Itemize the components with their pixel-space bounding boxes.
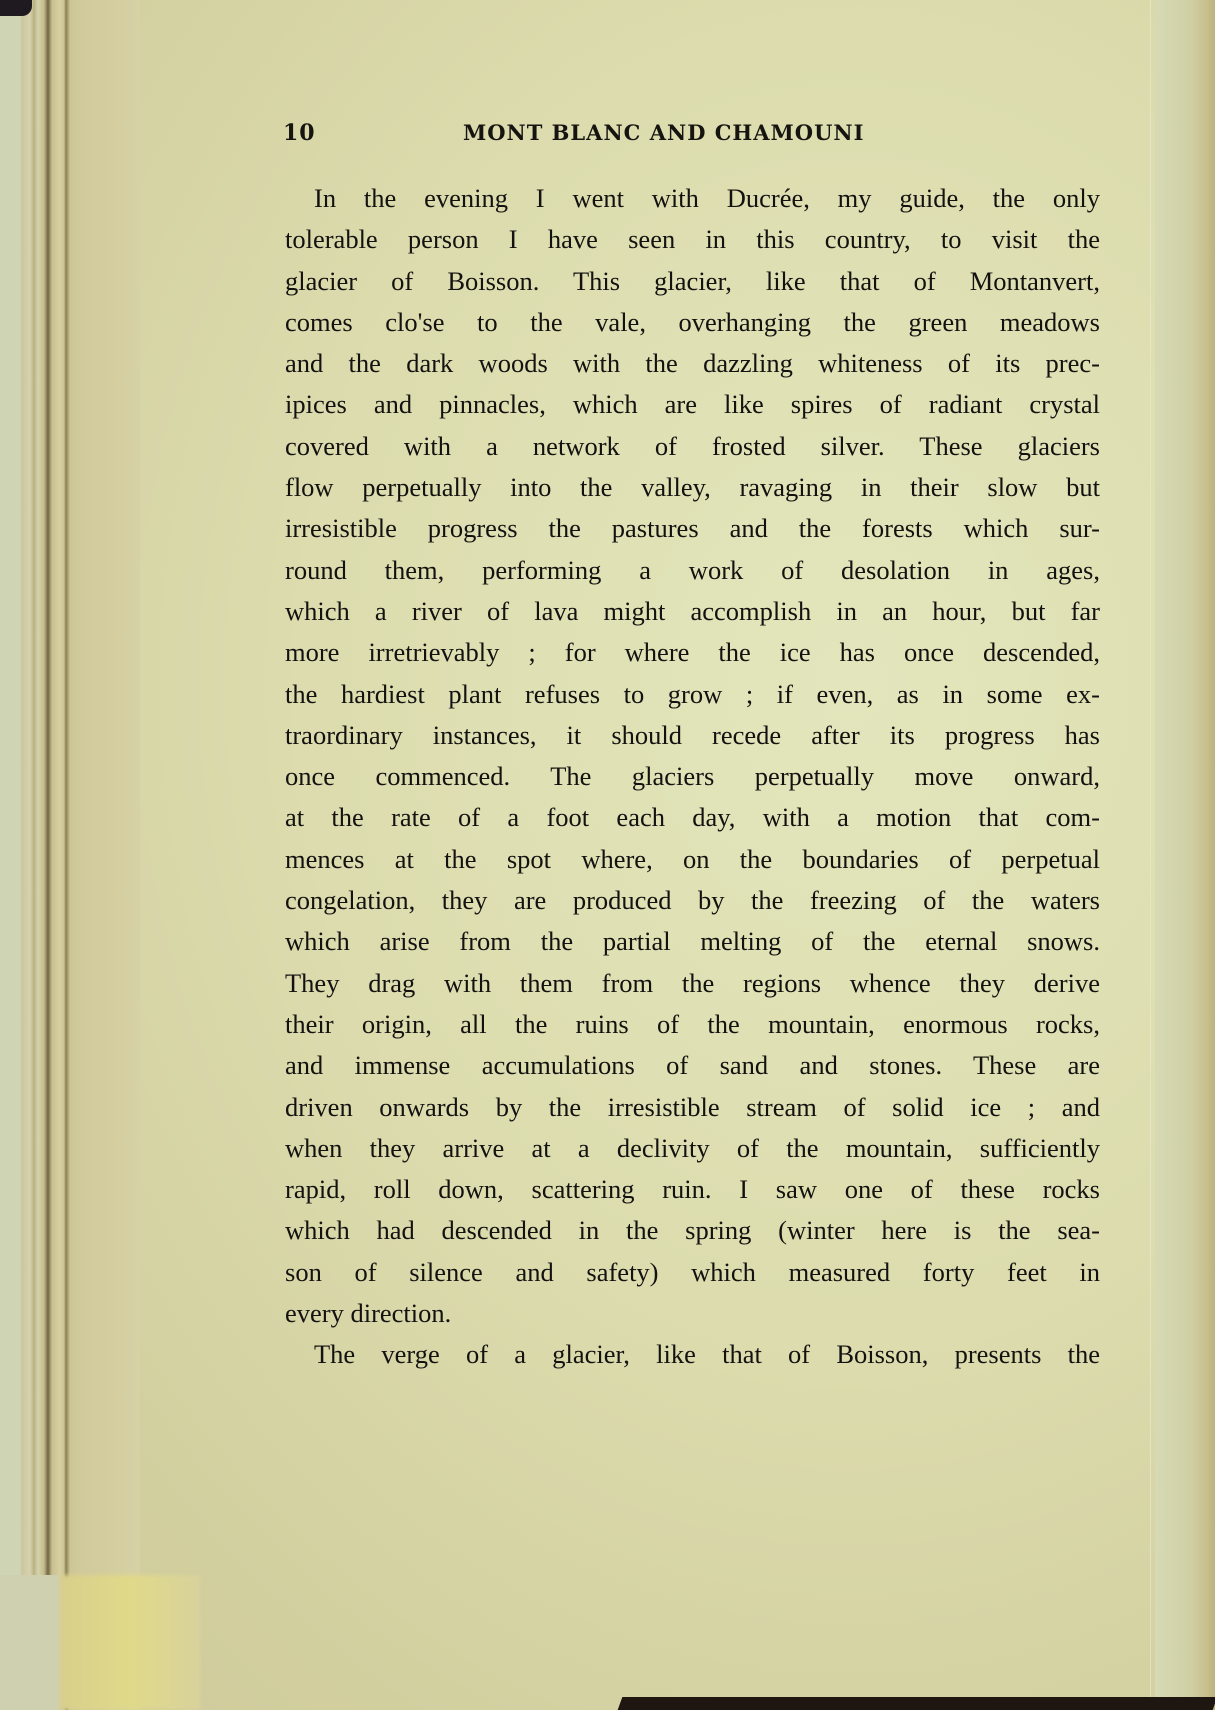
text-line: mences at the spot where, on the boundar… [285,839,1100,880]
text-line: flow perpetually into the valley, ravagi… [285,467,1100,508]
spine-bottom-left [0,1575,60,1710]
text-line: comes clo'se to the vale, overhanging th… [285,302,1100,343]
text-line: at the rate of a foot each day, with a m… [285,797,1100,838]
body-text: In the evening I went with Ducrée, my gu… [285,178,1100,1376]
text-line: and the dark woods with the dazzling whi… [285,343,1100,384]
text-line: which had descended in the spring (winte… [285,1210,1100,1251]
text-line: which a river of lava might accomplish i… [285,591,1100,632]
spine-bottom-glow [60,1575,200,1710]
text-line: and immense accumulations of sand and st… [285,1045,1100,1086]
right-page-edge [1155,0,1215,1710]
text-line: They drag with them from the regions whe… [285,963,1100,1004]
book-page: 10 MONT BLANC AND CHAMOUNI In the evenin… [0,0,1215,1710]
text-line: driven onwards by the irresistible strea… [285,1087,1100,1128]
spine-dark-corner [0,0,32,16]
text-line: once commenced. The glaciers perpetually… [285,756,1100,797]
text-line: ipices and pinnacles, which are like spi… [285,384,1100,425]
text-line: The verge of a glacier, like that of Boi… [285,1334,1100,1375]
page-curl-line [1150,0,1161,1710]
text-line: covered with a network of frosted silver… [285,426,1100,467]
text-line: son of silence and safety) which measure… [285,1252,1100,1293]
text-line: every direction. [285,1293,1100,1334]
text-line: round them, performing a work of desolat… [285,550,1100,591]
text-line: congelation, they are produced by the fr… [285,880,1100,921]
running-head: MONT BLANC AND CHAMOUNI [463,120,864,145]
book-spine-page-edges [0,0,140,1710]
text-line: glacier of Boisson. This glacier, like t… [285,261,1100,302]
page-number: 10 [283,120,316,146]
text-line: their origin, all the ruins of the mount… [285,1004,1100,1045]
text-line: rapid, roll down, scattering ruin. I saw… [285,1169,1100,1210]
text-line: the hardiest plant refuses to grow ; if … [285,674,1100,715]
text-line: which arise from the partial melting of … [285,921,1100,962]
bottom-dark-edge [618,1697,1215,1710]
text-line: more irretrievably ; for where the ice h… [285,632,1100,673]
text-line: traordinary instances, it should recede … [285,715,1100,756]
text-line: irresistible progress the pastures and t… [285,508,1100,549]
text-line: tolerable person I have seen in this cou… [285,219,1100,260]
page-header: 10 MONT BLANC AND CHAMOUNI [283,120,1103,160]
text-line: In the evening I went with Ducrée, my gu… [285,178,1100,219]
text-line: when they arrive at a declivity of the m… [285,1128,1100,1169]
